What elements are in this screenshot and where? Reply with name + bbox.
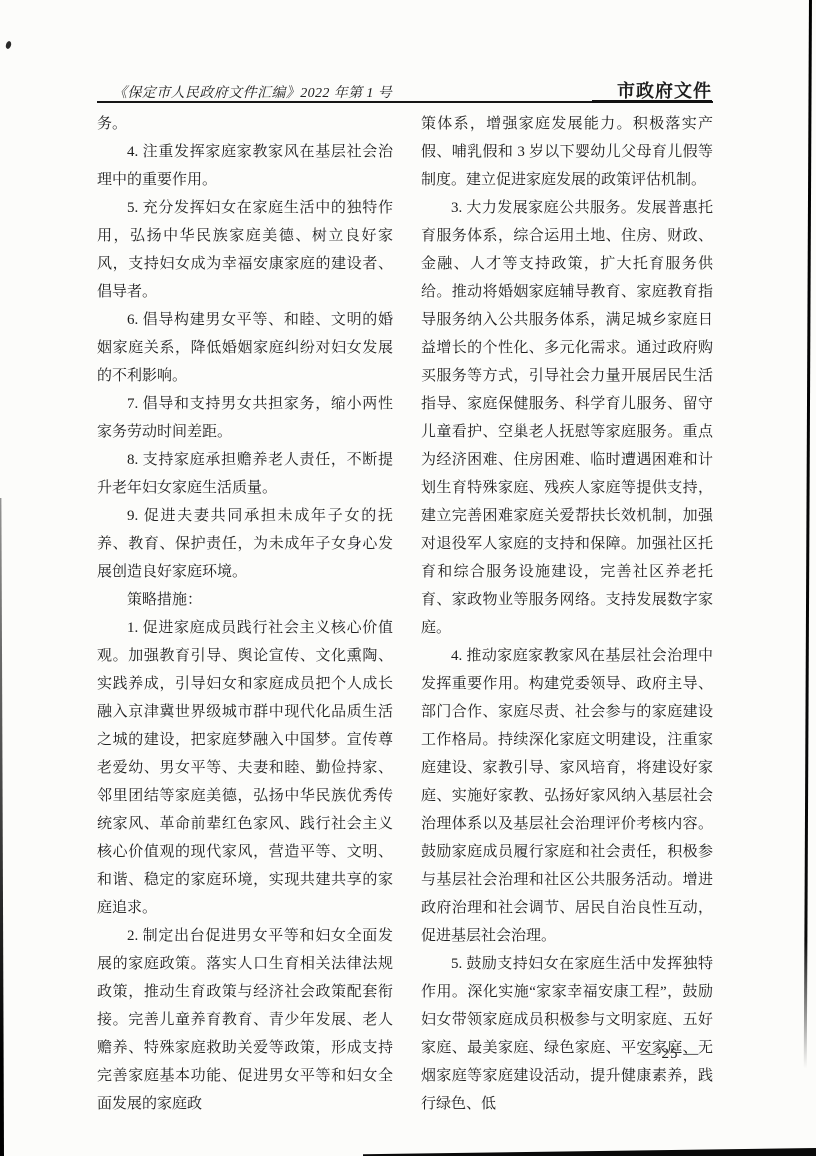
paragraph-item-5: 5. 充分发挥妇女在家庭生活中的独特作用，弘扬中华民族家庭美德、树立良好家风，支…	[97, 194, 393, 306]
paragraph-item-4: 4. 注重发挥家庭家教家风在基层社会治理中的重要作用。	[97, 138, 393, 194]
ink-spot	[5, 40, 12, 49]
paragraph-measure-1: 1. 促进家庭成员践行社会主义核心价值观。加强教育引导、舆论宣传、文化熏陶、实践…	[97, 614, 393, 922]
left-column: 务。 4. 注重发挥家庭家教家风在基层社会治理中的重要作用。 5. 充分发挥妇女…	[97, 110, 393, 1118]
paragraph-measure-4: 4. 推动家庭家教家风在基层社会治理中发挥重要作用。构建党委领导、政府主导、部门…	[421, 642, 713, 950]
header-rule-right-segment	[592, 100, 712, 103]
scan-edge-bottom-band	[363, 1148, 816, 1156]
paragraph-item-8: 8. 支持家庭承担赡养老人责任，不断提升老年妇女家庭生活质量。	[97, 446, 393, 502]
document-page: 《保定市人民政府文件汇编》2022 年第 1 号 市政府文件 务。 4. 注重发…	[0, 0, 816, 1156]
paragraph-item-9: 9. 促进夫妻共同承担未成年子女的抚养、教育、保护责任，为未成年子女身心发展创造…	[97, 502, 393, 586]
compilation-title: 《保定市人民政府文件汇编》2022 年第 1 号	[113, 82, 392, 102]
paragraph-item-7: 7. 倡导和支持男女共担家务，缩小两性家务劳动时间差距。	[97, 390, 393, 446]
right-column: 策体系，增强家庭发展能力。积极落实产假、哺乳假和 3 岁以下婴幼儿父母育儿假等制…	[421, 110, 713, 1118]
paragraph-measure-2: 2. 制定出台促进男女平等和妇女全面发展的家庭政策。落实人口生育相关法律法规政策…	[97, 922, 393, 1118]
scan-edge-right-line	[804, 0, 812, 1069]
paragraph-item-6: 6. 倡导构建男女平等、和睦、文明的婚姻家庭关系，降低婚姻家庭纠纷对妇女发展的不…	[97, 306, 393, 390]
paragraph-continuation: 策体系，增强家庭发展能力。积极落实产假、哺乳假和 3 岁以下婴幼儿父母育儿假等制…	[421, 110, 713, 194]
scan-edge-left-line	[0, 498, 4, 1156]
page-number: — 25 —	[628, 1046, 712, 1063]
paragraph-measure-3: 3. 大力发展家庭公共服务。发展普惠托育服务体系，综合运用土地、住房、财政、金融…	[421, 194, 713, 642]
paragraph-measure-5: 5. 鼓励支持妇女在家庭生活中发挥独特作用。深化实施“家家幸福安康工程”，鼓励妇…	[421, 950, 713, 1118]
section-heading-strategies: 策略措施：	[97, 586, 393, 614]
paragraph-continuation: 务。	[97, 110, 393, 138]
